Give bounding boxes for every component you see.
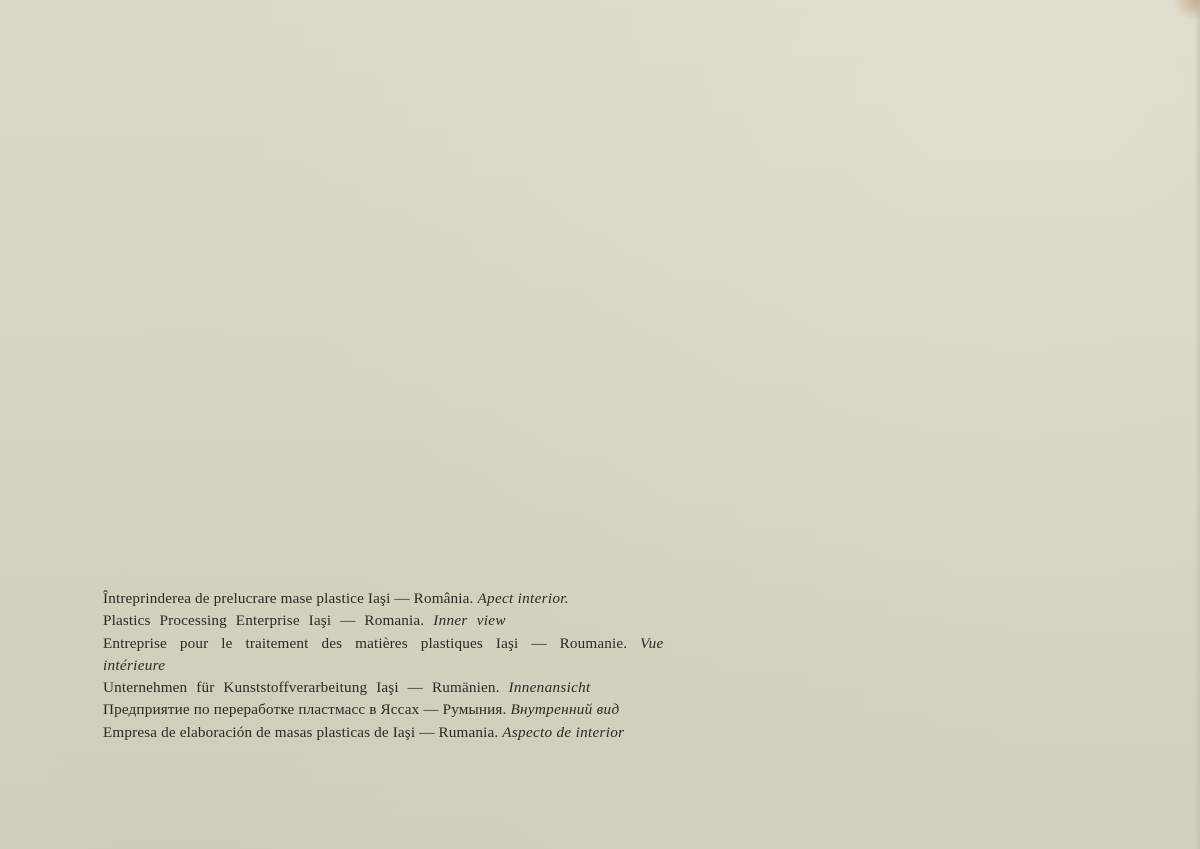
caption-italic-spanish: Aspecto de interior xyxy=(502,724,624,741)
caption-line-english: Plastics Processing Enterprise Iaşi — Ro… xyxy=(103,610,763,632)
caption-line-french-continuation: intérieure xyxy=(103,655,763,677)
caption-italic-russian: Внутренний вид xyxy=(510,701,619,718)
caption-line-romanian: Întreprinderea de prelucrare mase plasti… xyxy=(103,588,763,610)
caption-line-spanish: Empresa de elaboración de masas plastica… xyxy=(103,722,763,744)
multilingual-caption: Întreprinderea de prelucrare mase plasti… xyxy=(103,588,763,744)
caption-line-german: Unternehmen für Kunststoffverarbeitung I… xyxy=(103,677,763,699)
caption-italic-romanian: Apect interior. xyxy=(477,590,568,607)
caption-text-french: Entreprise pour le traitement des matièr… xyxy=(103,635,627,652)
caption-italic-french-continuation: intérieure xyxy=(103,657,165,674)
caption-line-russian: Предприятие по переработке пластмасс в Я… xyxy=(103,699,763,721)
caption-text-english: Plastics Processing Enterprise Iaşi — Ro… xyxy=(103,612,424,629)
caption-italic-english: Inner view xyxy=(433,612,506,629)
caption-line-french: Entreprise pour le traitement des matièr… xyxy=(103,633,763,655)
caption-italic-german: Innenansicht xyxy=(509,679,591,696)
caption-text-german: Unternehmen für Kunststoffverarbeitung I… xyxy=(103,679,500,696)
caption-text-russian: Предприятие по переработке пластмасс в Я… xyxy=(103,701,507,718)
caption-text-spanish: Empresa de elaboración de masas plastica… xyxy=(103,724,498,741)
caption-text-romanian: Întreprinderea de prelucrare mase plasti… xyxy=(103,590,474,607)
caption-italic-french: Vue xyxy=(640,635,663,652)
paper-edge-shadow xyxy=(1194,0,1200,849)
